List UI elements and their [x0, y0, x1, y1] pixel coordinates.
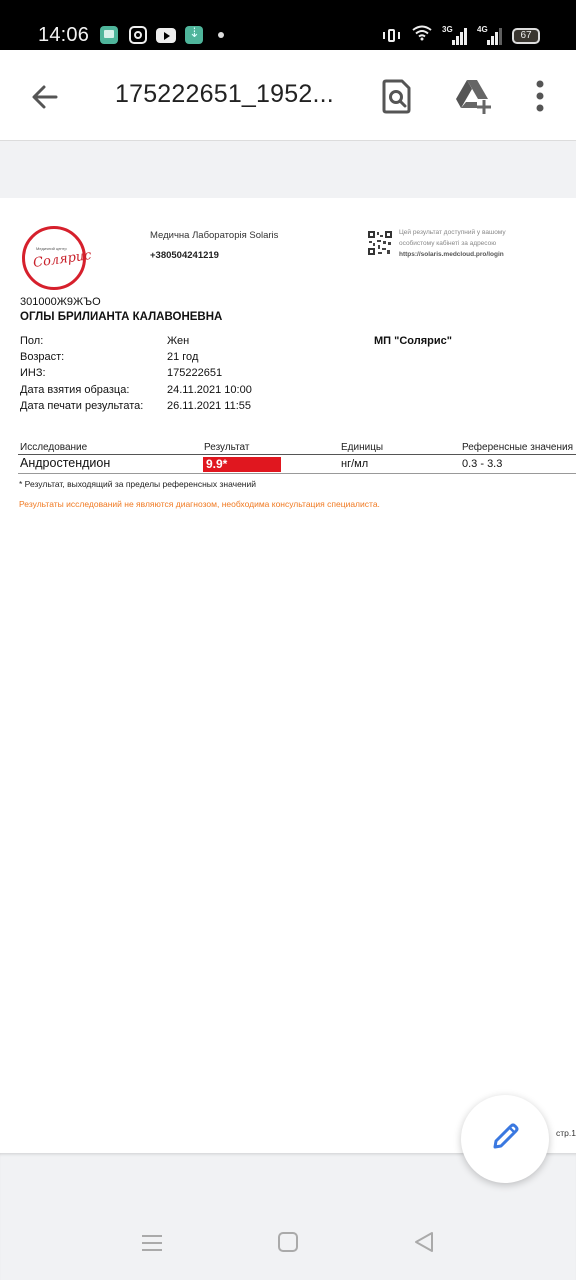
qr-note: Цей результат доступний у вашому особист…: [399, 227, 519, 260]
pencil-icon: [487, 1119, 523, 1160]
screen: 14:06 3G 4G 67 175222651_1952...: [0, 0, 576, 1280]
info-value-sample-date: 24.11.2021 10:00: [167, 384, 252, 396]
recent-apps-button[interactable]: [138, 1228, 168, 1258]
info-value-age: 21 год: [167, 351, 198, 363]
lab-name: Медична Лабораторія Solaris: [150, 230, 278, 241]
instagram-icon: [129, 26, 147, 44]
home-button[interactable]: [273, 1228, 303, 1258]
cell-units: нг/мл: [341, 458, 368, 470]
find-in-document-icon[interactable]: [375, 74, 419, 118]
status-right: 3G 4G 67: [382, 25, 540, 46]
results-table-header: Исследование Результат Единицы Референсн…: [18, 441, 576, 455]
info-label-print-date: Дата печати результата:: [20, 400, 143, 412]
youtube-icon: [156, 28, 176, 43]
header-reference: Референсные значения: [462, 442, 573, 453]
organization-name: МП "Солярис": [374, 335, 452, 347]
info-label-sample-date: Дата взятия образца:: [20, 384, 129, 396]
info-value-sex: Жен: [167, 335, 189, 347]
disclaimer: Результаты исследований не являются диаг…: [19, 499, 380, 509]
logo-name: Солярис: [32, 248, 92, 271]
more-notifications-dot-icon: [218, 32, 224, 38]
cell-test: Андростендион: [20, 456, 110, 470]
info-value-print-date: 26.11.2021 11:55: [167, 400, 251, 412]
lab-phone: +380504241219: [150, 250, 219, 261]
status-time: 14:06: [38, 24, 89, 47]
header-units: Единицы: [341, 442, 383, 453]
status-bar: 14:06 3G 4G 67: [0, 0, 576, 50]
header-test: Исследование: [20, 442, 87, 453]
back-button[interactable]: [410, 1228, 440, 1258]
app-toolbar: 175222651_1952...: [0, 50, 576, 141]
logo-subtitle: Медичний центр: [36, 246, 67, 251]
patient-name: ОГЛЫ БРИЛИАНТА КАЛАВОНЕВНА: [20, 311, 222, 323]
qr-url: https://solaris.medcloud.pro/login: [399, 249, 519, 260]
more-options-icon[interactable]: [518, 74, 562, 118]
battery-icon: 67: [512, 28, 540, 44]
results-table: Исследование Результат Единицы Референсн…: [18, 441, 576, 474]
download-icon: [185, 26, 203, 44]
page-number: стр.1: [556, 1128, 576, 1138]
add-to-drive-icon[interactable]: [451, 74, 495, 118]
footnote: * Результат, выходящий за пределы рефере…: [19, 479, 256, 489]
info-label-inz: ИНЗ:: [20, 367, 46, 379]
info-value-inz: 175222651: [167, 367, 222, 379]
viewer-background: [0, 142, 576, 198]
vibrate-icon: [382, 27, 402, 45]
qr-code-icon: [367, 230, 393, 256]
messages-icon: [100, 26, 118, 44]
back-arrow-icon[interactable]: [28, 80, 62, 114]
pdf-page[interactable]: Медичний центр Солярис Медична Лаборатор…: [0, 198, 576, 1153]
cell-result-flagged: 9.9*: [203, 457, 281, 472]
cell-reference: 0.3 - 3.3: [462, 458, 502, 470]
patient-code: 301000Ж9ЖЪО: [20, 296, 101, 308]
document-title: 175222651_1952...: [115, 80, 334, 109]
signal-4g-icon: 4G: [477, 27, 502, 45]
info-label-age: Возраст:: [20, 351, 64, 363]
table-row: Андростендион 9.9* нг/мл 0.3 - 3.3: [18, 455, 576, 474]
header-result: Результат: [204, 442, 249, 453]
edit-fab-button[interactable]: [461, 1095, 549, 1183]
signal-3g-icon: 3G: [442, 27, 467, 45]
clinic-logo: Медичний центр Солярис: [22, 226, 86, 290]
wifi-icon: [412, 25, 432, 46]
info-label-sex: Пол:: [20, 335, 43, 347]
